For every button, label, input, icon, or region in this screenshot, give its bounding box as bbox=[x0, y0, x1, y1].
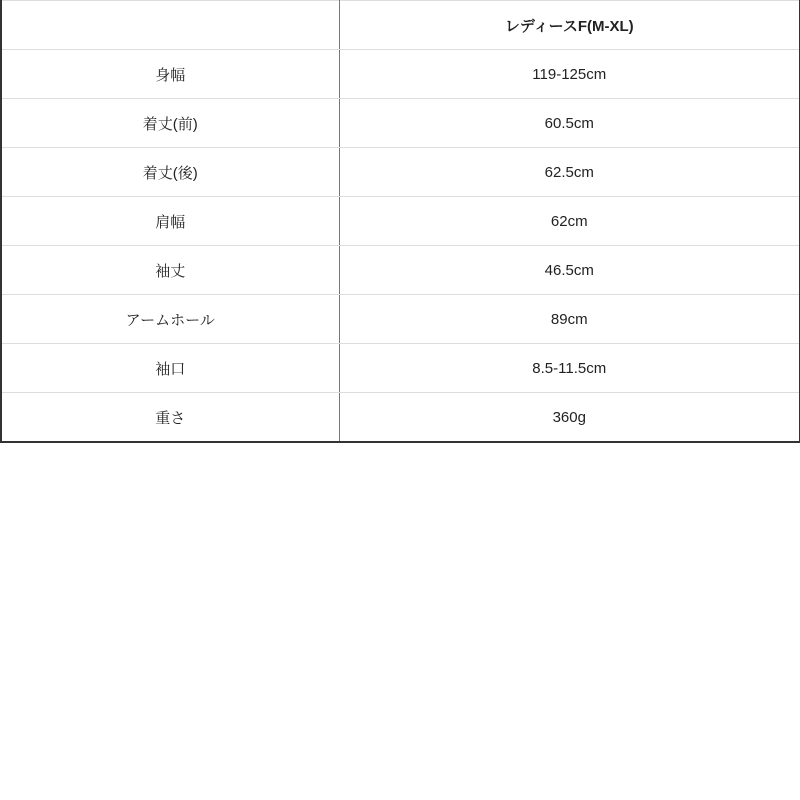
row-label: 肩幅 bbox=[1, 197, 339, 246]
row-value: 89cm bbox=[339, 295, 800, 344]
table-row: 袖口 8.5-11.5cm bbox=[1, 344, 800, 393]
row-value: 360g bbox=[339, 393, 800, 443]
table-row: 着丈(前) 60.5cm bbox=[1, 99, 800, 148]
size-chart-table: レディースF(M-XL) 身幅 119-125cm 着丈(前) 60.5cm 着… bbox=[0, 0, 800, 443]
row-value: 62cm bbox=[339, 197, 800, 246]
row-value: 60.5cm bbox=[339, 99, 800, 148]
table-row: 着丈(後) 62.5cm bbox=[1, 148, 800, 197]
row-label: 重さ bbox=[1, 393, 339, 443]
table-row: 身幅 119-125cm bbox=[1, 50, 800, 99]
header-size-cell: レディースF(M-XL) bbox=[339, 1, 800, 50]
row-label: 身幅 bbox=[1, 50, 339, 99]
row-value: 119-125cm bbox=[339, 50, 800, 99]
table-header-row: レディースF(M-XL) bbox=[1, 1, 800, 50]
row-label: 着丈(後) bbox=[1, 148, 339, 197]
row-label: 袖丈 bbox=[1, 246, 339, 295]
row-value: 8.5-11.5cm bbox=[339, 344, 800, 393]
table-row: 袖丈 46.5cm bbox=[1, 246, 800, 295]
row-value: 62.5cm bbox=[339, 148, 800, 197]
table-row: 重さ 360g bbox=[1, 393, 800, 443]
table-row: アームホール 89cm bbox=[1, 295, 800, 344]
table-row: 肩幅 62cm bbox=[1, 197, 800, 246]
row-value: 46.5cm bbox=[339, 246, 800, 295]
row-label: アームホール bbox=[1, 295, 339, 344]
header-label-cell bbox=[1, 1, 339, 50]
row-label: 着丈(前) bbox=[1, 99, 339, 148]
row-label: 袖口 bbox=[1, 344, 339, 393]
